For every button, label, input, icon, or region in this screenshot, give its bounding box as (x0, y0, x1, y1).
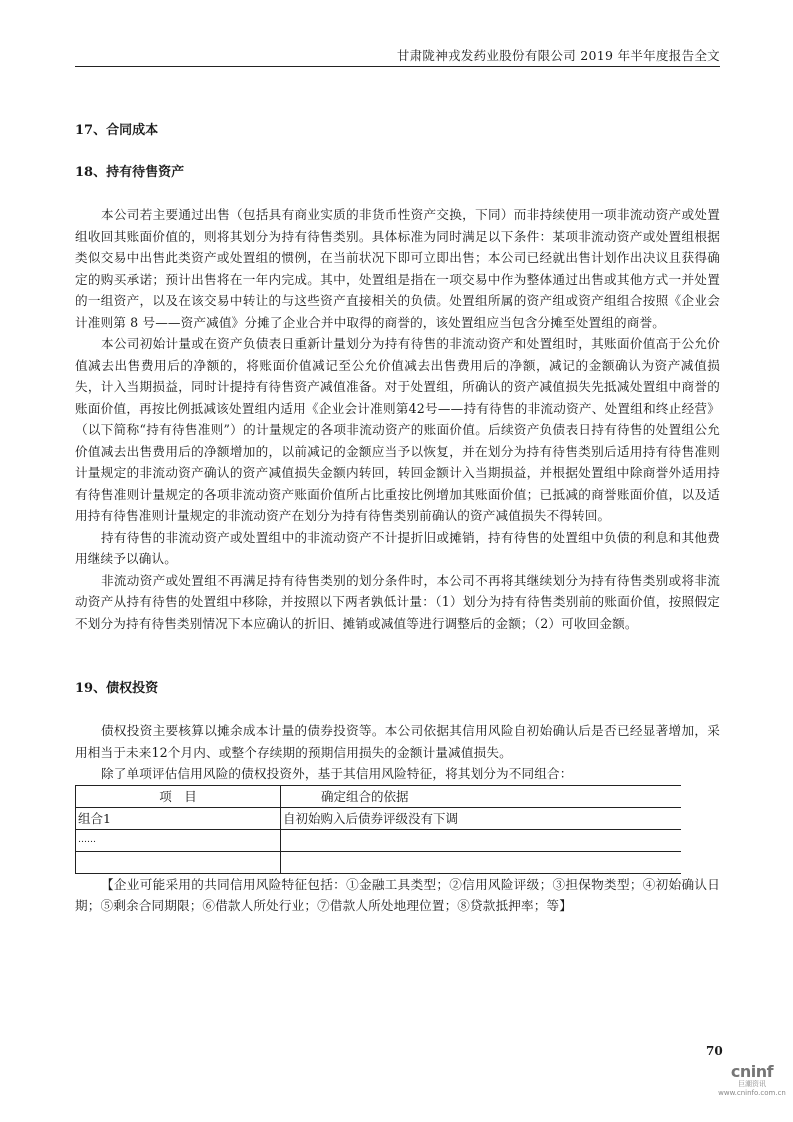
table-header-row: 项 目 确定组合的依据 (76, 785, 682, 807)
section-19: 19、债权投资 债权投资主要核算以摊余成本计量的债券投资等。本公司依据其信用风险… (75, 680, 720, 917)
section-18: 18、持有待售资产 本公司若主要通过出售（包括具有商业实质的非货币性资产交换，下… (75, 164, 720, 634)
combination-table: 项 目 确定组合的依据 组合1 自初始购入后债券评级没有下调 …… (75, 785, 681, 874)
table-cell-basis (281, 851, 682, 873)
table-row: 组合1 自初始购入后债券评级没有下调 (76, 807, 682, 829)
section-19-note: 【企业可能采用的共同信用风险特征包括：①金融工具类型；②信用风险评级；③担保物类… (75, 874, 720, 917)
table-cell-item: 组合1 (76, 807, 281, 829)
cninfo-logo: cninf 巨潮资讯 www.cninfo.com.cn (712, 1062, 792, 1097)
table-header-item: 项 目 (76, 785, 281, 807)
section-18-heading: 18、持有待售资产 (75, 164, 720, 182)
section-19-paragraph-1: 债权投资主要核算以摊余成本计量的债券投资等。本公司依据其信用风险自初始确认后是否… (75, 720, 720, 763)
logo-subtitle: 巨潮资讯 (712, 1079, 792, 1089)
section-18-paragraph-1: 本公司若主要通过出售（包括具有商业实质的非货币性资产交换，下同）而非持续使用一项… (75, 204, 720, 333)
table-cell-basis: 自初始购入后债券评级没有下调 (281, 807, 682, 829)
table-cell-item (76, 851, 281, 873)
table-row: …… (76, 829, 682, 851)
section-18-paragraph-2: 本公司初始计量或在资产负债表日重新计量划分为持有待售的非流动资产和处置组时，其账… (75, 333, 720, 527)
page-number: 70 (706, 1044, 723, 1058)
section-17-heading: 17、合同成本 (75, 122, 720, 140)
logo-url: www.cninfo.com.cn (712, 1089, 792, 1097)
table-header-basis: 确定组合的依据 (281, 785, 682, 807)
table-cell-item: …… (76, 829, 281, 851)
section-18-paragraph-3: 持有待售的非流动资产或处置组中的非流动资产不计提折旧或摊销，持有待售的处置组中负… (75, 527, 720, 570)
section-19-paragraph-2: 除了单项评估信用风险的债权投资外，基于其信用风险特征，将其划分为不同组合： (75, 763, 720, 785)
table-cell-basis (281, 829, 682, 851)
header-title: 甘肃陇神戎发药业股份有限公司 2019 年半年度报告全文 (397, 46, 720, 64)
section-19-heading: 19、债权投资 (75, 680, 720, 698)
table-row (76, 851, 682, 873)
section-18-paragraph-4: 非流动资产或处置组不再满足持有待售类别的划分条件时，本公司不再将其继续划分为持有… (75, 570, 720, 635)
page-header: 甘肃陇神戎发药业股份有限公司 2019 年半年度报告全文 (75, 44, 720, 67)
section-17: 17、合同成本 (75, 122, 720, 140)
